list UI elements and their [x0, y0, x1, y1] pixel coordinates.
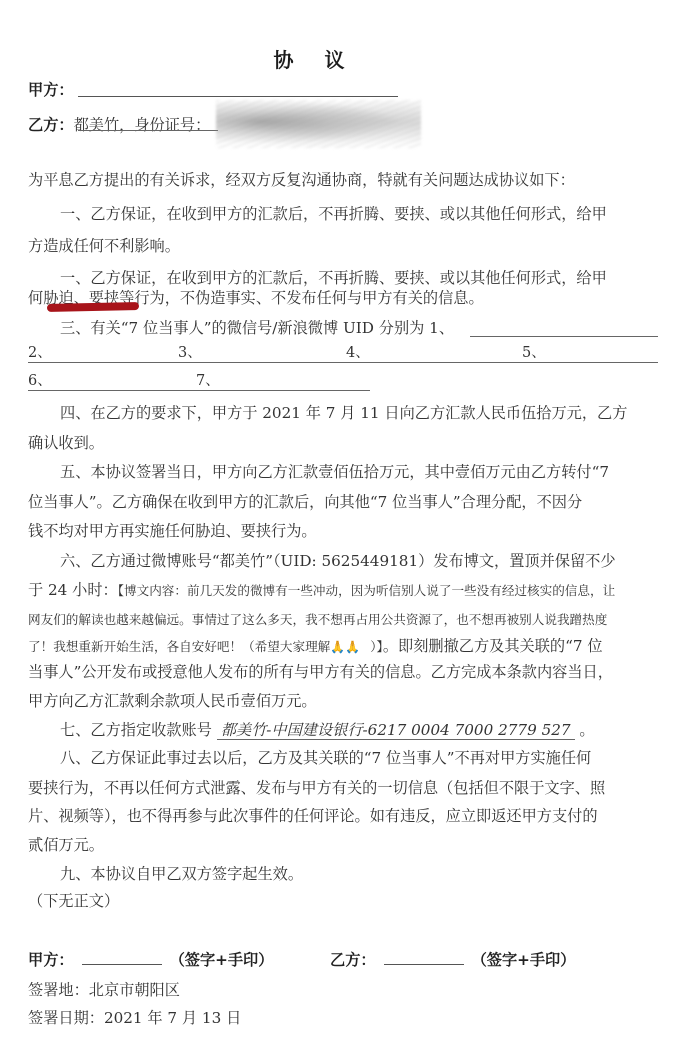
- end-note: （下无正文）: [28, 891, 119, 911]
- clause-6-line-1: 六、乙方通过微博账号“都美竹”（UID: 5625449181）发布博文，置顶并…: [60, 551, 616, 571]
- party-a-blank-line: [78, 96, 398, 97]
- redacted-id-number: [216, 100, 421, 148]
- clause-6-tail-1: 。即刻删撤乙方及其关联的“7 位: [383, 637, 603, 655]
- clause-5-line-3: 钱不均对甲方再实施任何胁迫、要挟行为。: [28, 521, 317, 541]
- uid-blank-2: 2、: [28, 343, 52, 363]
- clause-8-line-4: 贰佰万元。: [28, 835, 104, 855]
- clause-1-line-2: 方造成任何不利影响。: [28, 236, 180, 256]
- uid-blank-6: 6、: [28, 371, 52, 391]
- uid-blank-1: [470, 318, 658, 338]
- party-b-value: 都美竹，身份证号：: [74, 116, 211, 134]
- sign-party-a-label: 甲方：: [28, 951, 74, 969]
- uid-blank-7: 7、: [196, 371, 220, 391]
- uid-blank-1-line: [470, 336, 658, 337]
- clause-8-line-3: 片、视频等），也不得再参与此次事件的任何评论。如有违反，应立即返还甲方支付的: [28, 806, 598, 826]
- party-a-label: 甲方：: [28, 80, 74, 100]
- clause-6-line-4: 了！我想重新开始生活，各自安好吧！（希望大家理解🙏🙏）】。即刻删撤乙方及其关联的…: [28, 636, 603, 657]
- signature-row: 甲方：（签字+手印）: [28, 950, 273, 970]
- sign-party-b-blank: [384, 951, 464, 965]
- clause-4-line-1: 四、在乙方的要求下，甲方于 2021 年 7 月 11 日向乙方汇款人民币伍拾万…: [60, 403, 627, 423]
- clause-6-duration: 于 24 小时：: [28, 581, 118, 599]
- clause-5-line-1: 五、本协议签署当日，甲方向乙方汇款壹佰伍拾万元，其中壹佰万元由乙方转付“7: [60, 462, 609, 482]
- clause-8-line-1: 八、乙方保证此事过去以后，乙方及其关联的“7 位当事人”不再对甲方实施任何: [60, 748, 591, 768]
- uid-blanks-row-3: 6、 7、: [28, 371, 370, 391]
- clause-6-line-2: 于 24 小时：【博文内容：前几天发的微博有一些冲动，因为听信别人说了一些没有经…: [28, 580, 615, 601]
- uid-blank-4: 4、: [346, 343, 370, 363]
- clause-5-line-2: 位当事人”。乙方确保在收到甲方的汇款后，向其他“7 位当事人”合理分配，不因分: [28, 492, 582, 512]
- party-b-underline: [78, 130, 218, 131]
- clause-7-line: 七、乙方指定收款账号 都美竹-中国建设银行-6217 0004 7000 277…: [60, 720, 595, 740]
- sign-party-a-suffix: （签字+手印）: [170, 951, 274, 969]
- praying-hands-emoji-icon: 🙏🙏: [330, 637, 370, 657]
- clause-1-line-1: 一、乙方保证，在收到甲方的汇款后，不再折腾、要挟、或以其他任何形式，给甲: [60, 204, 607, 224]
- clause-2-line-1: 一、乙方保证，在收到甲方的汇款后，不再折腾、要挟、或以其他任何形式，给甲: [60, 268, 607, 288]
- uid-blank-5: 5、: [522, 343, 546, 363]
- clause-7-prefix: 七、乙方指定收款账号: [60, 721, 212, 739]
- preamble: 为平息乙方提出的有关诉求，经双方反复沟通协商，特就有关问题达成协议如下：: [28, 170, 575, 190]
- clause-9-line: 九、本协议自甲乙双方签字起生效。: [60, 864, 303, 884]
- sign-party-b-label: 乙方：: [330, 951, 376, 969]
- party-b-row: 乙方：都美竹，身份证号：: [28, 115, 210, 135]
- clause-4-line-2: 确认收到。: [28, 433, 104, 453]
- sign-party-a-blank: [82, 951, 162, 965]
- clause-3-line-1: 三、有关“7 位当事人”的微信号/新浪微博 UID 分别为 1、: [60, 318, 454, 338]
- sign-party-b-suffix: （签字+手印）: [472, 951, 576, 969]
- post-content-line-3: 了！我想重新开始生活，各自安好吧！（希望大家理解: [28, 639, 330, 654]
- uid-blanks-row-2: 2、 3、 4、 5、: [28, 343, 658, 363]
- post-content-line-1: 【博文内容：前几天发的微博有一些冲动，因为听信别人说了一些没有经过核实的信息，让: [118, 583, 615, 598]
- signing-date: 签署日期：2021 年 7 月 13 日: [28, 1008, 241, 1028]
- clause-6-tail-3: 甲方向乙方汇款剩余款项人民币壹佰万元。: [28, 691, 317, 711]
- signing-place: 签署地：北京市朝阳区: [28, 980, 180, 1000]
- document-title: 协 议: [0, 44, 630, 73]
- post-close: ）】: [370, 639, 383, 654]
- signature-row-b: 乙方：（签字+手印）: [330, 950, 575, 970]
- uid-blank-3: 3、: [178, 343, 202, 363]
- bank-account: 都美竹-中国建设银行-6217 0004 7000 2779 527: [217, 721, 575, 740]
- clause-7-suffix: 。: [579, 721, 594, 739]
- post-content-line-2: 网友们的解读也越来越偏远。事情过了这么多天，我不想再占用公共资源了，也不想再被别…: [28, 610, 607, 630]
- clause-8-line-2: 要挟行为，不再以任何方式泄露、发布与甲方有关的一切信息（包括但不限于文字、照: [28, 778, 605, 798]
- clause-6-tail-2: 当事人”公开发布或授意他人发布的所有与甲方有关的信息。乙方完成本条款内容当日，: [28, 662, 613, 682]
- party-b-label: 乙方：: [28, 116, 74, 134]
- agreement-document: 协 议 甲方： 乙方：都美竹，身份证号： 为平息乙方提出的有关诉求，经双方反复沟…: [0, 0, 673, 1037]
- red-highlight-mark: [47, 302, 139, 312]
